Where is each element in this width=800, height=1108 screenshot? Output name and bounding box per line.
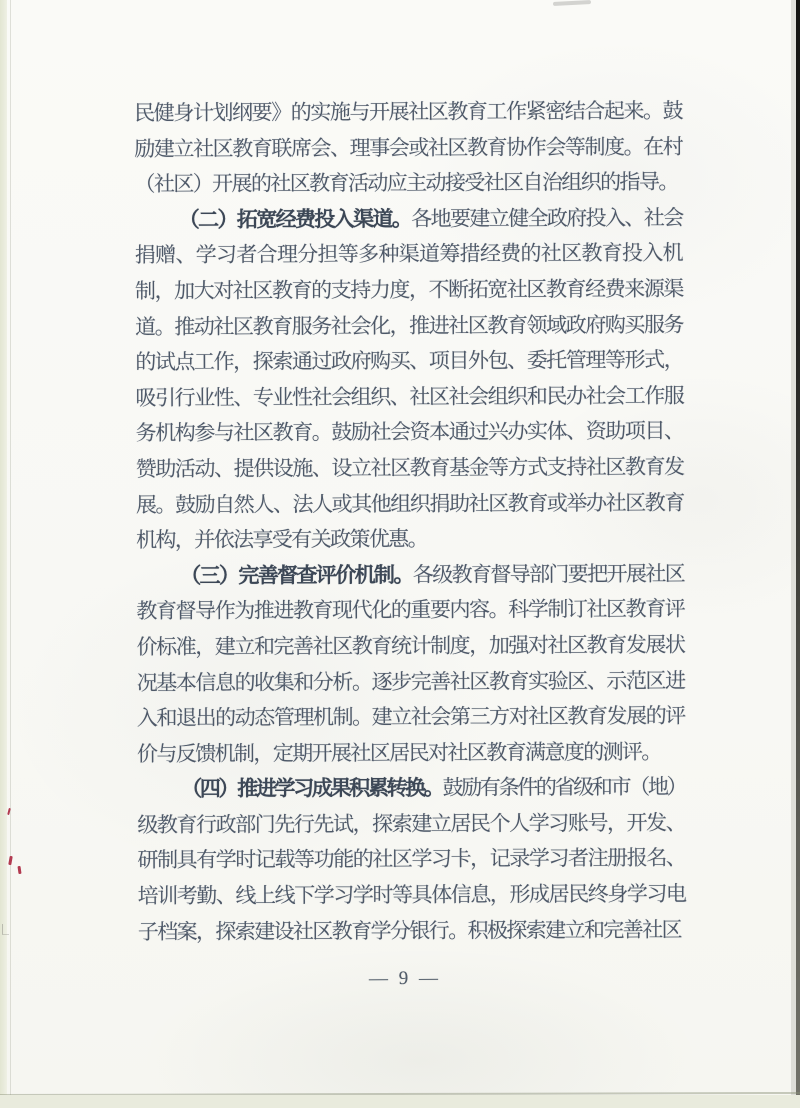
text-line: 道。推动社区教育服务社会化，推进社区教育领域政府购买服务 bbox=[135, 307, 683, 345]
text-line: 制，加大对社区教育的支持力度，不断拓宽社区教育经费来源渠 bbox=[135, 272, 683, 310]
text-line: 赞助活动、提供设施、设立社区教育基金等方式支持社区教育发 bbox=[136, 450, 684, 488]
text-line: 教育督导作为推进教育现代化的重要内容。科学制订社区教育评 bbox=[136, 592, 684, 630]
text-line: 务机构参与社区教育。鼓励社会资本通过兴办实体、资助项目、 bbox=[136, 414, 684, 452]
bold-heading-text: （二）拓宽经费投入渠道。 bbox=[179, 207, 412, 232]
paragraph-heading-line: （三）完善督查评价机制。各级教育督导部门要把开展社区 bbox=[136, 556, 684, 594]
text-line: 民健身计划纲要》的实施与开展社区教育工作紧密结合起来。鼓 bbox=[134, 94, 682, 132]
document-text-block: 民健身计划纲要》的实施与开展社区教育工作紧密结合起来。鼓励建立社区教育联席会、理… bbox=[134, 94, 686, 951]
red-pen-mark bbox=[8, 856, 13, 865]
text-line: （社区）开展的社区教育活动应主动接受社区自治组织的指导。 bbox=[134, 165, 682, 203]
text-line: 吸引行业性、专业性社会组织、社区社会组织和民办社会工作服 bbox=[135, 378, 683, 416]
text-line: 入和退出的动态管理机制。建立社会第三方对社区教育发展的评 bbox=[137, 699, 685, 737]
scan-edge-right-dark bbox=[796, 0, 800, 1108]
bold-heading-text: （三）完善督查评价机制。 bbox=[180, 563, 413, 588]
text-line: 励建立社区教育联席会、理事会或社区教育协作会等制度。在村 bbox=[134, 129, 682, 167]
text-line: 价与反馈机制，定期开展社区居民对社区教育满意度的测评。 bbox=[137, 734, 685, 772]
text-line: 的试点工作，探索通过政府购买、项目外包、委托管理等形式， bbox=[135, 343, 683, 381]
red-pen-mark bbox=[17, 866, 21, 874]
text-line: 捐赠、学习者合理分担等多种渠道筹措经费的社区教育投入机 bbox=[135, 236, 683, 274]
text-line: 机构，并依法享受有关政策优惠。 bbox=[136, 521, 684, 559]
bold-heading-text: （四）推进学习成果积累转换。 bbox=[181, 776, 442, 801]
text-line: 况基本信息的收集和分析。逐步完善社区教育实验区、示范区进 bbox=[137, 663, 685, 701]
text-line: 研制具有学时记载等功能的社区学习卡，记录学习者注册报名、 bbox=[137, 841, 685, 879]
scanned-document-page: 民健身计划纲要》的实施与开展社区教育工作紧密结合起来。鼓励建立社区教育联席会、理… bbox=[0, 0, 800, 1108]
scan-smudge-top bbox=[553, 0, 591, 6]
text-line: 展。鼓励自然人、法人或其他组织捐助社区教育或举办社区教育 bbox=[136, 485, 684, 523]
pencil-mark bbox=[2, 924, 9, 935]
scan-bottom-strip bbox=[0, 1095, 800, 1108]
page-number: — 9 — bbox=[0, 965, 800, 993]
text-line: 子档案，探索建设社区教育学分银行。积极探索建立和完善社区 bbox=[138, 912, 686, 950]
scan-edge-left-crease bbox=[10, 0, 11, 1108]
paragraph-heading-line: （二）拓宽经费投入渠道。各地要建立健全政府投入、社会 bbox=[135, 200, 683, 238]
paragraph-heading-line: （四）推进学习成果积累转换。鼓励有条件的省级和市（地） bbox=[137, 770, 685, 808]
text-line: 价标准，建立和完善社区教育统计制度，加强对社区教育发展状 bbox=[136, 628, 684, 666]
text-line: 培训考勤、线上线下学习学时等具体信息，形成居民终身学习电 bbox=[138, 877, 686, 915]
scan-edge-left-strip bbox=[0, 0, 7, 1108]
text-line: 级教育行政部门先行先试，探索建立居民个人学习账号，开发、 bbox=[137, 805, 685, 843]
